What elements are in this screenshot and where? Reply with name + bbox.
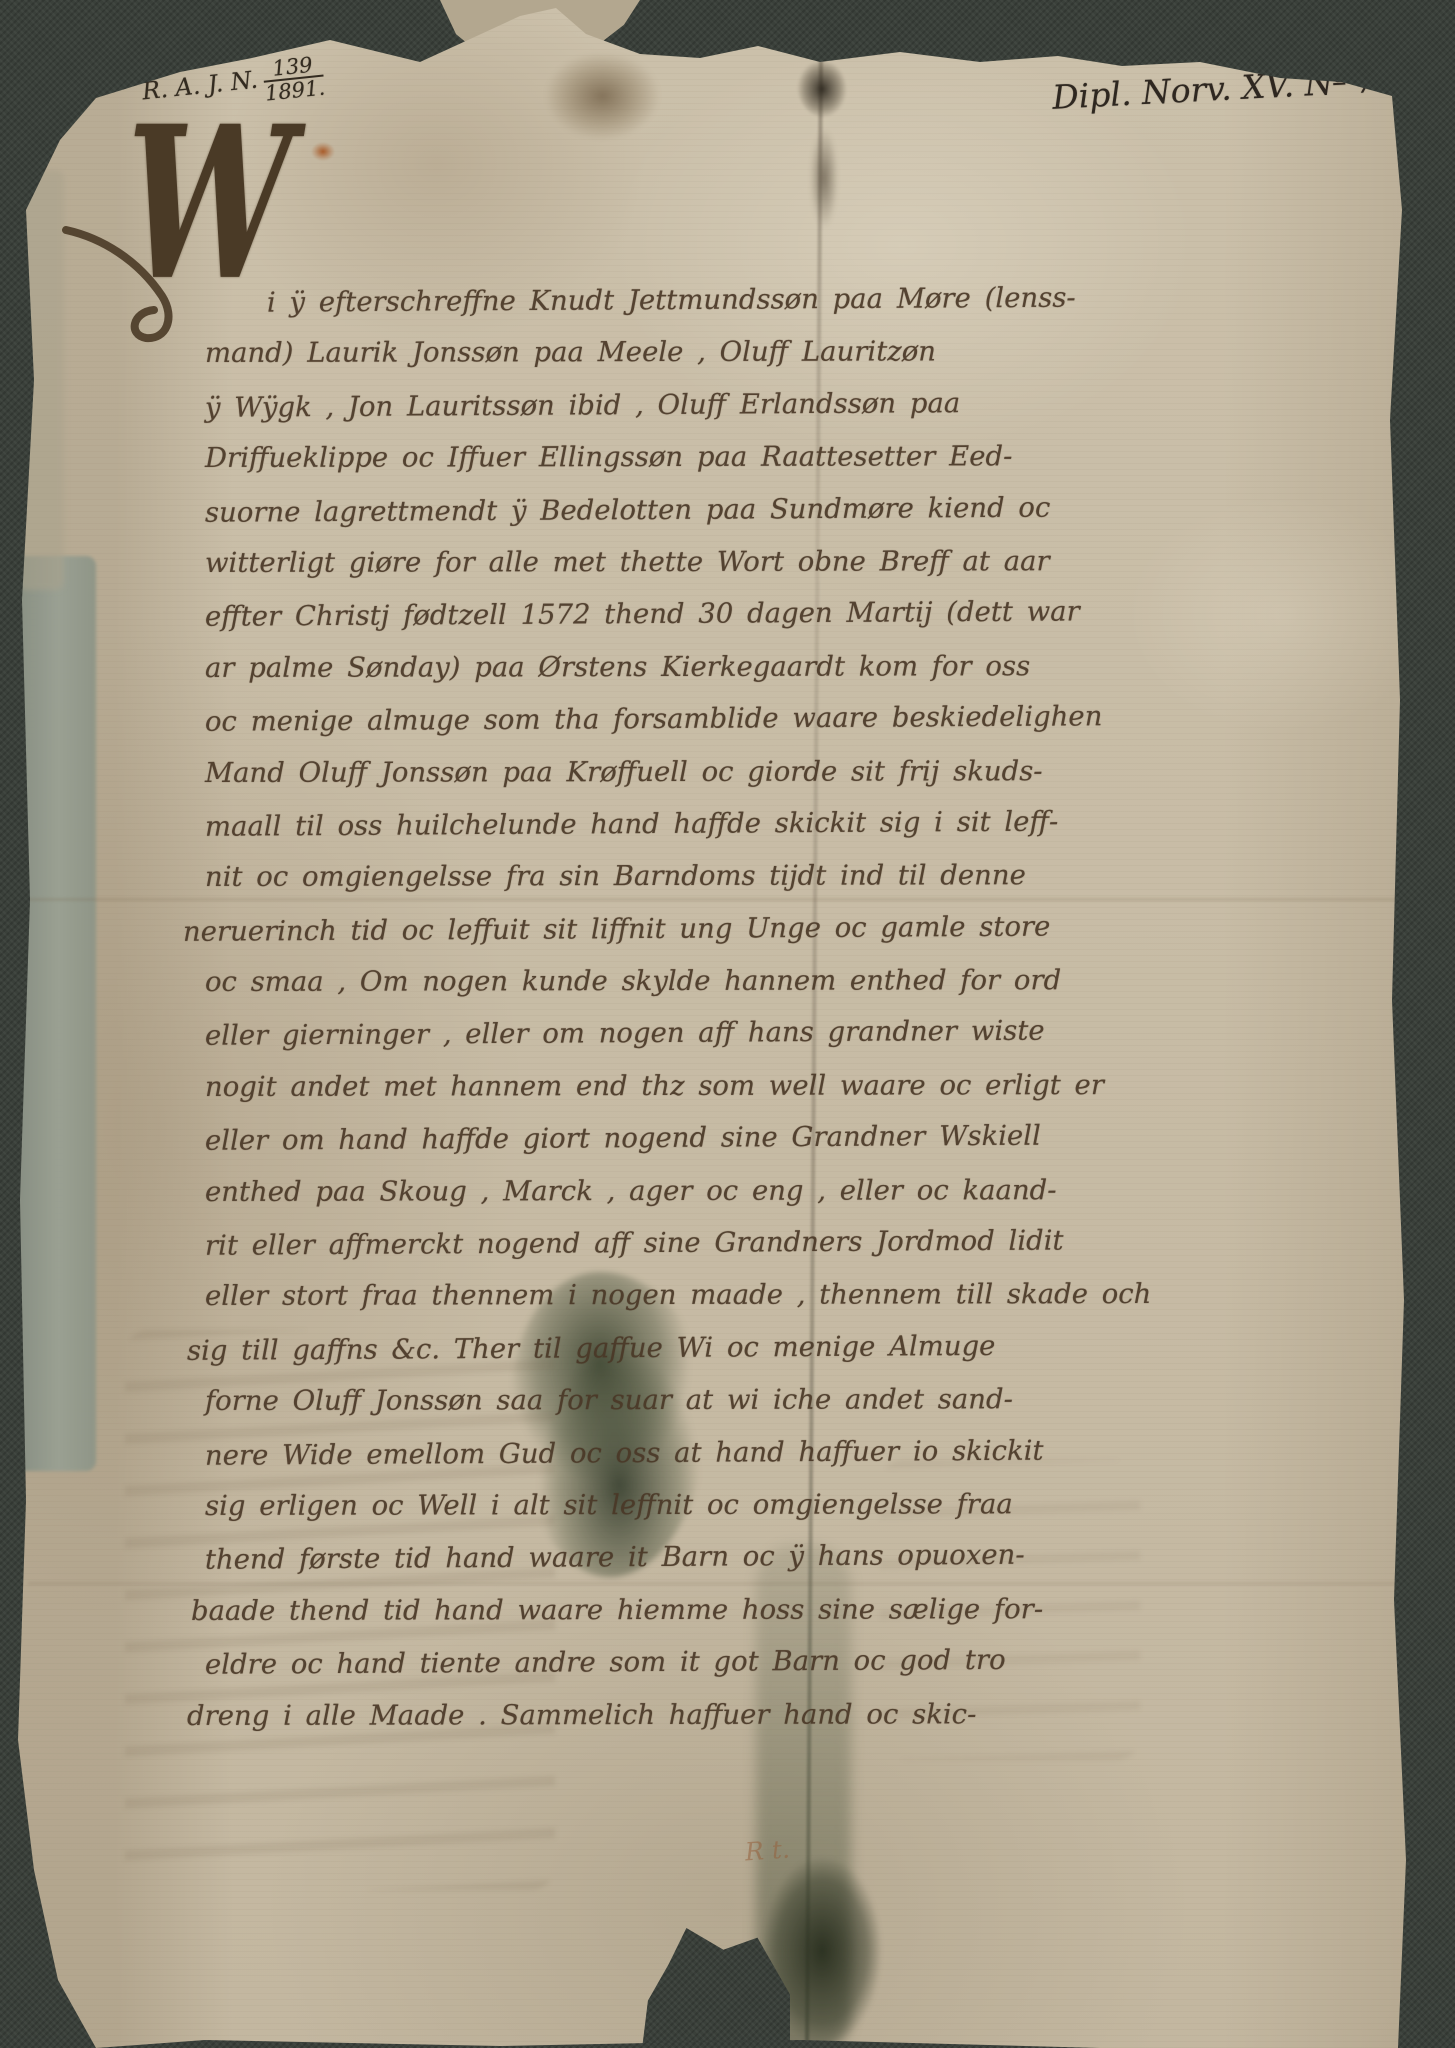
manuscript-line: i ÿ efterschreffne Knudt Jettmundssøn pa… — [267, 281, 1110, 339]
manuscript-line: effter Christj fødtzell 1572 thend 30 da… — [205, 596, 1110, 654]
manuscript-line: ÿ Wÿgk , Jon Lauritssøn ibid , Oluff Erl… — [205, 386, 1110, 444]
manuscript-line: dreng i alle Maade . Sammelich haffuer h… — [187, 1698, 1110, 1752]
manuscript-line: neruerinch tid oc leffuit sit liffnit un… — [183, 910, 1110, 968]
manuscript-line: oc menige almuge som tha forsamblide waa… — [205, 700, 1110, 758]
ink-smudge-top-fold-2 — [810, 128, 838, 228]
pub-ref-number: 737. — [1355, 58, 1430, 101]
stain-top-center — [545, 52, 660, 140]
manuscript-line: nit oc omgiengelsse fra sin Barndoms tij… — [205, 859, 1110, 913]
archive-photo-backdrop: R. A. J. N.1391891. Dipl. Norv. XV. No 7… — [0, 0, 1455, 2048]
manuscript-line: suorne lagrettmendt ÿ Bedelotten paa Sun… — [205, 491, 1110, 549]
pub-ref-no-letter: N — [1303, 63, 1334, 103]
underlying-page-edge-upper — [18, 170, 64, 590]
manuscript-line: nogit andet met hannem end thz som well … — [205, 1069, 1110, 1123]
manuscript-line: enthed paa Skoug , Marck , ager oc eng ,… — [205, 1174, 1110, 1228]
manuscript-line: nere Wide emellom Gud oc oss at hand haf… — [205, 1434, 1110, 1492]
manuscript-line: eller om hand haffde giort nogend sine G… — [205, 1119, 1110, 1177]
manuscript-line: ar palme Sønday) paa Ørstens Kierkegaard… — [205, 650, 1110, 704]
pub-ref-no-sup: o — [1332, 63, 1345, 88]
manuscript-text-block: i ÿ efterschreffne Knudt Jettmundssøn pa… — [205, 284, 1110, 1751]
underlying-page-edge — [12, 556, 96, 1471]
manuscript-line: eller gierninger , eller om nogen aff ha… — [205, 1015, 1110, 1073]
manuscript-line: Driffueklippe oc Iffuer Ellingssøn paa R… — [205, 440, 1110, 494]
faint-ink-mark: R t. — [744, 1834, 791, 1866]
manuscript-line: mand) Laurik Jonssøn paa Meele , Oluff L… — [205, 335, 1110, 389]
manuscript-line: witterligt giøre for alle met thette Wor… — [205, 545, 1110, 599]
manuscript-line: baade thend tid hand waare hiemme hoss s… — [191, 1593, 1110, 1647]
stain-orange-spot — [311, 142, 335, 161]
manuscript-sheet: R. A. J. N.1391891. Dipl. Norv. XV. No 7… — [0, 0, 1455, 2048]
manuscript-line: sig till gaffns &c. Ther til gaffue Wi o… — [187, 1329, 1110, 1387]
manuscript-line: sig erligen oc Well i alt sit leffnit oc… — [205, 1488, 1110, 1542]
manuscript-line: oc smaa , Om nogen kunde skylde hannem e… — [205, 964, 1110, 1018]
initial-flourish — [62, 212, 222, 352]
manuscript-line: eller stort fraa thennem i nogen maade ,… — [205, 1278, 1110, 1332]
manuscript-line: eldre oc hand tiente andre som it got Ba… — [205, 1643, 1110, 1701]
publication-reference: Dipl. Norv. XV. No 737. — [1051, 58, 1430, 117]
ink-smudge-top-fold — [797, 60, 847, 118]
pub-ref-no: No — [1303, 63, 1346, 104]
manuscript-line: rit eller affmerckt nogend aff sine Gran… — [205, 1224, 1110, 1282]
manuscript-line: thend første tid hand waare it Barn oc ÿ… — [205, 1539, 1110, 1597]
manuscript-line: maall til oss huilchelunde hand haffde s… — [205, 805, 1110, 863]
manuscript-line: forne Oluff Jonssøn saa for suar at wi i… — [205, 1383, 1110, 1437]
pub-ref-prefix: Dipl. Norv. XV. — [1051, 65, 1295, 117]
manuscript-line: Mand Oluff Jonssøn paa Krøffuell oc gior… — [205, 755, 1110, 809]
